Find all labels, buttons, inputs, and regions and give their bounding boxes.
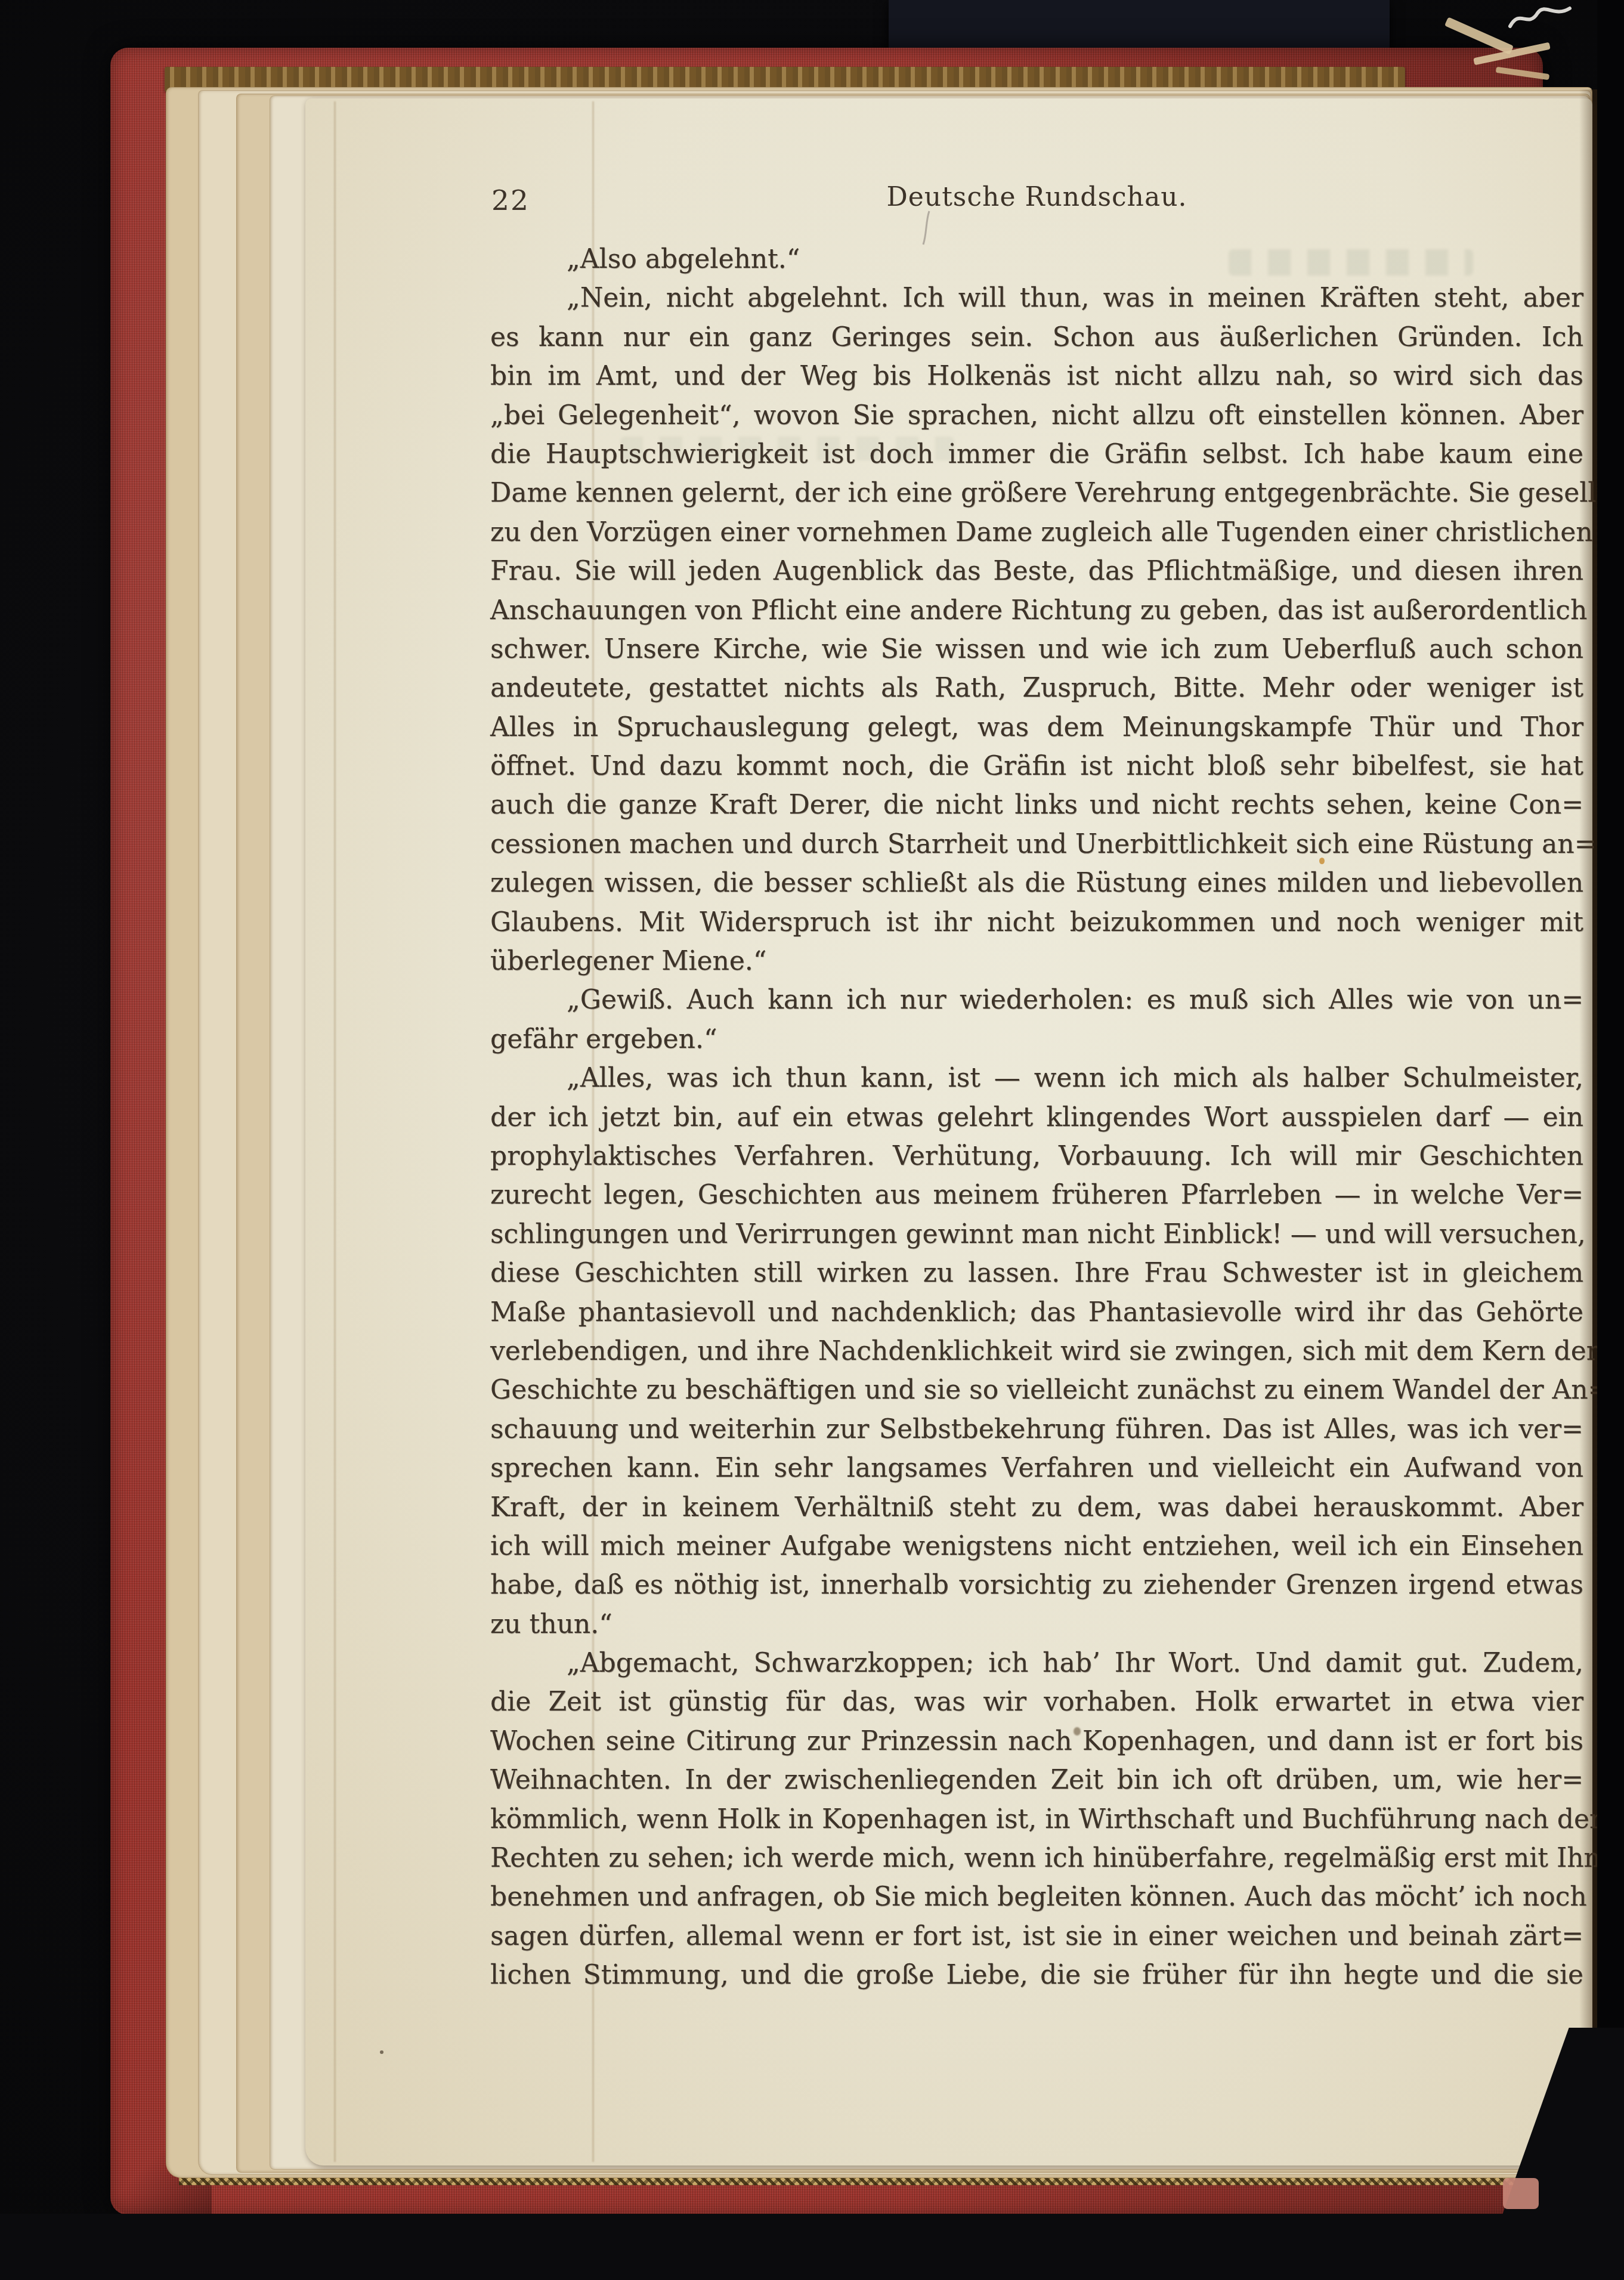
text-line: Frau. Sie will jeden Augenblick das Best… xyxy=(490,552,1583,590)
text-line: Rechten zu sehen; ich werde mich, wenn i… xyxy=(490,1839,1583,1877)
pencil-scratch-mark xyxy=(917,210,941,246)
page-number: 22 xyxy=(491,182,530,219)
text-line: habe, daß es nöthig ist, innerhalb vorsi… xyxy=(490,1566,1583,1604)
text-line: auch die ganze Kraft Derer, die nicht li… xyxy=(490,785,1583,824)
text-line: lichen Stimmung, und die große Liebe, di… xyxy=(490,1956,1583,1994)
text-line: kömmlich, wenn Holk in Kopenhagen ist, i… xyxy=(490,1800,1583,1839)
text-line: „bei Gelegenheit“, wovon Sie sprachen, n… xyxy=(490,396,1583,435)
white-scratch-mark xyxy=(1508,2,1573,38)
text-line: schwer. Unsere Kirche, wie Sie wissen un… xyxy=(490,630,1583,669)
frayed-cloth-corner xyxy=(1503,2178,1539,2209)
text-line: der ich jetzt bin, auf ein etwas gelehrt… xyxy=(490,1098,1583,1137)
text-line: sagen dürfen, allemal wenn er fort ist, … xyxy=(490,1917,1583,1956)
text-line: Alles in Spruchauslegung gelegt, was dem… xyxy=(490,708,1583,747)
text-line: sprechen kann. Ein sehr langsames Verfah… xyxy=(490,1449,1583,1487)
body-text-block: „Also abgelehnt.“ „Nein, nicht abgelehnt… xyxy=(490,240,1583,1995)
page-fore-edge-shadow xyxy=(1579,89,1598,2177)
page-crease xyxy=(334,101,336,2162)
paper-stain xyxy=(1074,1727,1081,1735)
text-line: gefähr ergeben.“ xyxy=(490,1020,1583,1059)
text-line: „Also abgelehnt.“ xyxy=(490,240,1583,279)
text-line: prophylaktisches Verfahren. Verhütung, V… xyxy=(490,1137,1583,1175)
text-line: öffnet. Und dazu kommt noch, die Gräfin … xyxy=(490,747,1583,785)
text-line: „Abgemacht, Schwarzkoppen; ich hab’ Ihr … xyxy=(490,1644,1583,1682)
text-line: Wochen seine Citirung zur Prinzessin nac… xyxy=(490,1722,1583,1761)
text-line: die Hauptschwierigkeit ist doch immer di… xyxy=(490,435,1583,474)
text-line: überlegener Miene.“ xyxy=(490,942,1583,980)
text-line: benehmen und anfragen, ob Sie mich begle… xyxy=(490,1877,1583,1916)
text-line: zurecht legen, Geschichten aus meinem fr… xyxy=(490,1175,1583,1214)
text-line: zu thun.“ xyxy=(490,1605,1583,1644)
text-line: schauung und weiterhin zur Selbstbekehru… xyxy=(490,1410,1583,1449)
running-header: 22 Deutsche Rundschau. xyxy=(490,179,1583,216)
text-line: Geschichte zu beschäftigen und sie so vi… xyxy=(490,1371,1583,1409)
text-line: die Zeit ist günstig für das, was wir vo… xyxy=(490,1682,1583,1721)
text-line: zu den Vorzügen einer vornehmen Dame zug… xyxy=(490,513,1583,552)
text-line: cessionen machen und durch Starrheit und… xyxy=(490,825,1583,864)
text-line: schlingungen und Verirrungen gewinnt man… xyxy=(490,1215,1583,1254)
text-line: Dame kennen gelernt, der ich eine größer… xyxy=(490,474,1583,512)
text-line: bin im Amt, und der Weg bis Holkenäs ist… xyxy=(490,357,1583,395)
text-line: ich will mich meiner Aufgabe wenigstens … xyxy=(490,1527,1583,1566)
bottom-black-band xyxy=(0,2214,1624,2280)
text-line: verlebendigen, und ihre Nachdenklichkeit… xyxy=(490,1332,1583,1371)
text-line: Glaubens. Mit Widerspruch ist ihr nicht … xyxy=(490,903,1583,942)
journal-title: Deutsche Rundschau. xyxy=(490,179,1583,216)
text-line: Maße phantasievoll und nachdenklich; das… xyxy=(490,1293,1583,1332)
paper-stain xyxy=(380,2050,383,2054)
text-line: „Alles, was ich thun kann, ist — wenn ic… xyxy=(490,1059,1583,1097)
text-line: andeutete, gestattet nichts als Rath, Zu… xyxy=(490,669,1583,707)
text-line: diese Geschichten still wirken zu lassen… xyxy=(490,1254,1583,1292)
text-line: zulegen wissen, die besser schließt als … xyxy=(490,864,1583,902)
text-line: Weihnachten. In der zwischenliegenden Ze… xyxy=(490,1761,1583,1799)
photographed-book-page: { "colors": { "bg": "#0b0b0d", "navy": "… xyxy=(0,0,1624,2280)
text-line: Kraft, der in keinem Verhältniß steht zu… xyxy=(490,1488,1583,1527)
right-black-band xyxy=(1597,0,1624,2280)
text-line: „Nein, nicht abgelehnt. Ich will thun, w… xyxy=(490,279,1583,317)
text-line: „Gewiß. Auch kann ich nur wiederholen: e… xyxy=(490,980,1583,1019)
text-line: Anschauungen von Pflicht eine andere Ric… xyxy=(490,591,1583,630)
text-line: es kann nur ein ganz Geringes sein. Scho… xyxy=(490,318,1583,357)
paper-stain xyxy=(1319,858,1325,864)
